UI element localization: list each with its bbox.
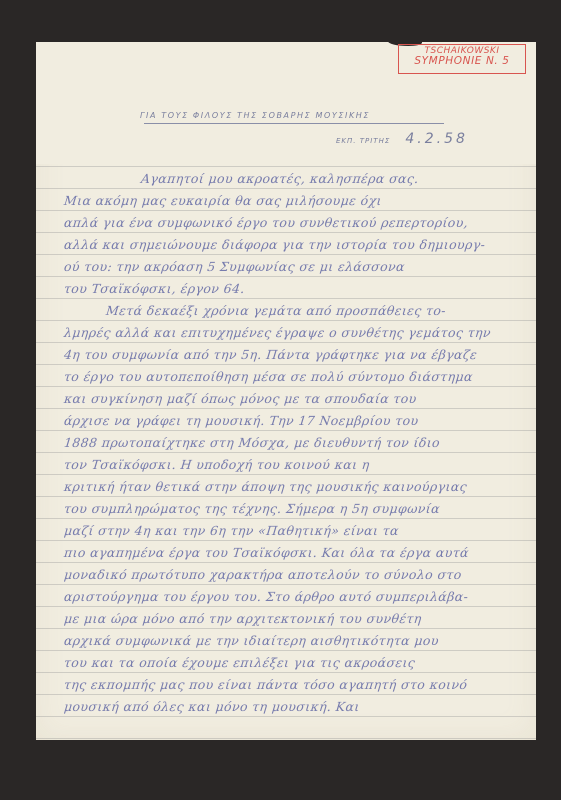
body-line: του συμπληρώματος της τέχνης. Σήμερα η 5… — [36, 498, 536, 520]
body-line: της εκπομπής μας που είναι πάντα τόσο αγ… — [36, 674, 536, 696]
body-line: ού του: την ακρόαση 5 Συμφωνίας σε μι ελ… — [36, 256, 536, 278]
body-line: μουσική από όλες και μόνο τη μουσική. Κα… — [36, 696, 536, 718]
body-line: λμηρές αλλά και επιτυχημένες έγραψε ο συ… — [36, 322, 536, 344]
body-line: κριτική ήταν θετικά στην άποψη της μουσι… — [36, 476, 536, 498]
label-work: SYMPHONIE N. 5 — [399, 56, 525, 67]
body-line: 1888 πρωτοπαίχτηκε στη Μόσχα, με διευθυν… — [36, 432, 536, 454]
body-line: απλά για ένα συμφωνικό έργο του συνθετικ… — [36, 212, 536, 234]
body-line: τον Τσαϊκόφσκι. Η υποδοχή του κοινού και… — [36, 454, 536, 476]
heading-underline — [144, 123, 444, 124]
body-line: αριστούργημα του έργου του. Στο άρθρο αυ… — [36, 586, 536, 608]
body-line: το έργο του αυτοπεποίθηση μέσα σε πολύ σ… — [36, 366, 536, 388]
body-line: αρχικά συμφωνικά με την ιδιαίτερη αισθητ… — [36, 630, 536, 652]
body-line: Μετά δεκαέξι χρόνια γεμάτα από προσπάθει… — [36, 300, 536, 322]
handwritten-body: Αγαπητοί μου ακροατές, καλησπέρα σας. Μι… — [36, 168, 536, 718]
body-line: και συγκίνηση μαζί όπως μόνος με τα σπου… — [36, 388, 536, 410]
body-line: μοναδικό πρωτότυπο χαρακτήρα αποτελούν τ… — [36, 564, 536, 586]
date-prefix: ΕΚΠ. ΤΡΙΤΗΣ — [336, 137, 390, 145]
body-line: με μια ώρα μόνο από την αρχιτεκτονική το… — [36, 608, 536, 630]
body-line: του και τα οποία έχουμε επιλέξει για τις… — [36, 652, 536, 674]
body-line: πιο αγαπημένα έργα του Τσαϊκόφσκι. Και ό… — [36, 542, 536, 564]
date-value: 4.2.58 — [405, 131, 468, 147]
body-line: Μια ακόμη μας ευκαιρία θα σας μιλήσουμε … — [36, 190, 536, 212]
body-line: μαζί στην 4η και την 6η την «Παθητική» ε… — [36, 520, 536, 542]
body-line: άρχισε να γράφει τη μουσική. Την 17 Νοεμ… — [36, 410, 536, 432]
body-line: 4η του συμφωνία από την 5η. Πάντα γράφτη… — [36, 344, 536, 366]
letter-page: TSCHAIKOWSKI SYMPHONIE N. 5 ΓΙΑ ΤΟΥΣ ΦΙΛ… — [36, 42, 536, 740]
broadcast-date: ΕΚΠ. ΤΡΙΤΗΣ 4.2.58 — [336, 128, 468, 147]
body-line: του Τσαϊκόφσκι, έργον 64. — [36, 278, 536, 300]
page-heading: ΓΙΑ ΤΟΥΣ ΦΙΛΟΥΣ ΤΗΣ ΣΟΒΑΡΗΣ ΜΟΥΣΙΚΗΣ — [140, 111, 440, 120]
red-title-label: TSCHAIKOWSKI SYMPHONIE N. 5 — [398, 44, 526, 74]
body-line: Αγαπητοί μου ακροατές, καλησπέρα σας. — [36, 168, 536, 190]
body-line: αλλά και σημειώνουμε διάφορα για την ιστ… — [36, 234, 536, 256]
